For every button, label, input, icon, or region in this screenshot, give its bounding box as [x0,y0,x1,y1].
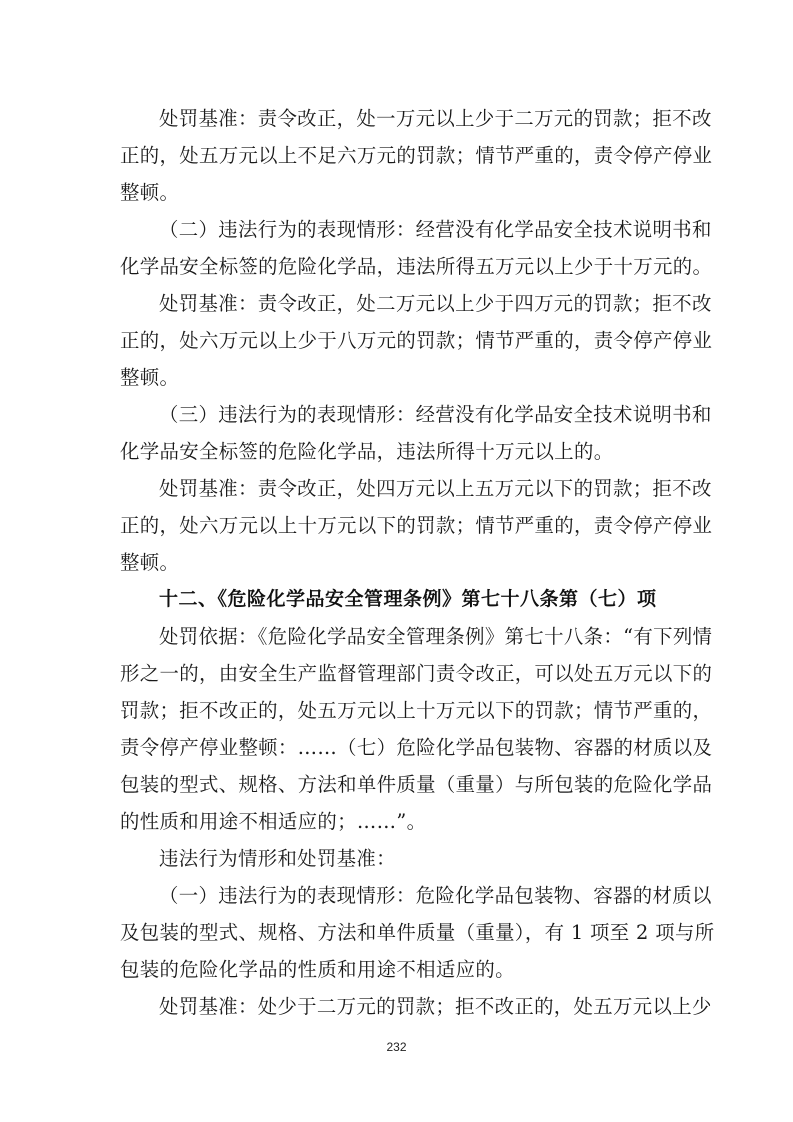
paragraph: （三）违法行为的表现情形：经营没有化学品安全技术说明书和化学品安全标签的危险化学… [120,396,676,470]
text-line: 处罚基准：处少于二万元的罚款；拒不改正的，处五万元以上少 [120,988,676,1025]
page-body: 处罚基准：责令改正，处一万元以上少于二万元的罚款；拒不改正的，处五万元以上不足六… [120,100,676,1025]
text-line: 整顿。 [120,359,676,396]
text-line: 违法行为情形和处罚基准： [120,840,676,877]
text-line: 处罚基准：责令改正，处一万元以上少于二万元的罚款；拒不改 [120,100,676,137]
page-number: 232 [0,1040,793,1054]
text-line: 包装的型式、规格、方法和单件质量（重量）与所包装的危险化学品 [120,766,676,803]
paragraph: 违法行为情形和处罚基准： [120,840,676,877]
text-line: 的性质和用途不相适应的；……”。 [120,803,676,840]
text-line: 处罚基准：责令改正，处二万元以上少于四万元的罚款；拒不改 [120,285,676,322]
paragraph: （二）违法行为的表现情形：经营没有化学品安全技术说明书和化学品安全标签的危险化学… [120,211,676,285]
text-line: 罚款；拒不改正的，处五万元以上十万元以下的罚款；情节严重的， [120,692,676,729]
text-line: 正的，处六万元以上少于八万元的罚款；情节严重的，责令停产停业 [120,322,676,359]
section-heading: 十二、《危险化学品安全管理条例》第七十八条第（七）项 [120,581,676,618]
text-line: 及包装的型式、规格、方法和单件质量（重量），有 1 项至 2 项与所 [120,914,676,951]
text-line: 处罚依据：《危险化学品安全管理条例》第七十八条：“有下列情 [120,618,676,655]
text-line: 整顿。 [120,174,676,211]
paragraph: 处罚基准：责令改正，处四万元以上五万元以下的罚款；拒不改正的，处六万元以上十万元… [120,470,676,581]
text-line: 责令停产停业整顿：……（七）危险化学品包装物、容器的材质以及 [120,729,676,766]
paragraph: 处罚基准：处少于二万元的罚款；拒不改正的，处五万元以上少 [120,988,676,1025]
text-line: （三）违法行为的表现情形：经营没有化学品安全技术说明书和 [120,396,676,433]
paragraph: （一）违法行为的表现情形：危险化学品包装物、容器的材质以及包装的型式、规格、方法… [120,877,676,988]
text-line: 正的，处六万元以上十万元以下的罚款；情节严重的，责令停产停业 [120,507,676,544]
document-page: 处罚基准：责令改正，处一万元以上少于二万元的罚款；拒不改正的，处五万元以上不足六… [0,0,793,1122]
text-line: 包装的危险化学品的性质和用途不相适应的。 [120,951,676,988]
text-line: 处罚基准：责令改正，处四万元以上五万元以下的罚款；拒不改 [120,470,676,507]
text-line: 化学品安全标签的危险化学品，违法所得十万元以上的。 [120,433,676,470]
paragraph: 处罚依据：《危险化学品安全管理条例》第七十八条：“有下列情形之一的，由安全生产监… [120,618,676,840]
paragraph: 处罚基准：责令改正，处二万元以上少于四万元的罚款；拒不改正的，处六万元以上少于八… [120,285,676,396]
text-line: 形之一的，由安全生产监督管理部门责令改正，可以处五万元以下的 [120,655,676,692]
text-line: （二）违法行为的表现情形：经营没有化学品安全技术说明书和 [120,211,676,248]
text-line: 化学品安全标签的危险化学品，违法所得五万元以上少于十万元的。 [120,248,676,285]
text-line: 整顿。 [120,544,676,581]
paragraph: 处罚基准：责令改正，处一万元以上少于二万元的罚款；拒不改正的，处五万元以上不足六… [120,100,676,211]
text-line: （一）违法行为的表现情形：危险化学品包装物、容器的材质以 [120,877,676,914]
text-line: 正的，处五万元以上不足六万元的罚款；情节严重的，责令停产停业 [120,137,676,174]
